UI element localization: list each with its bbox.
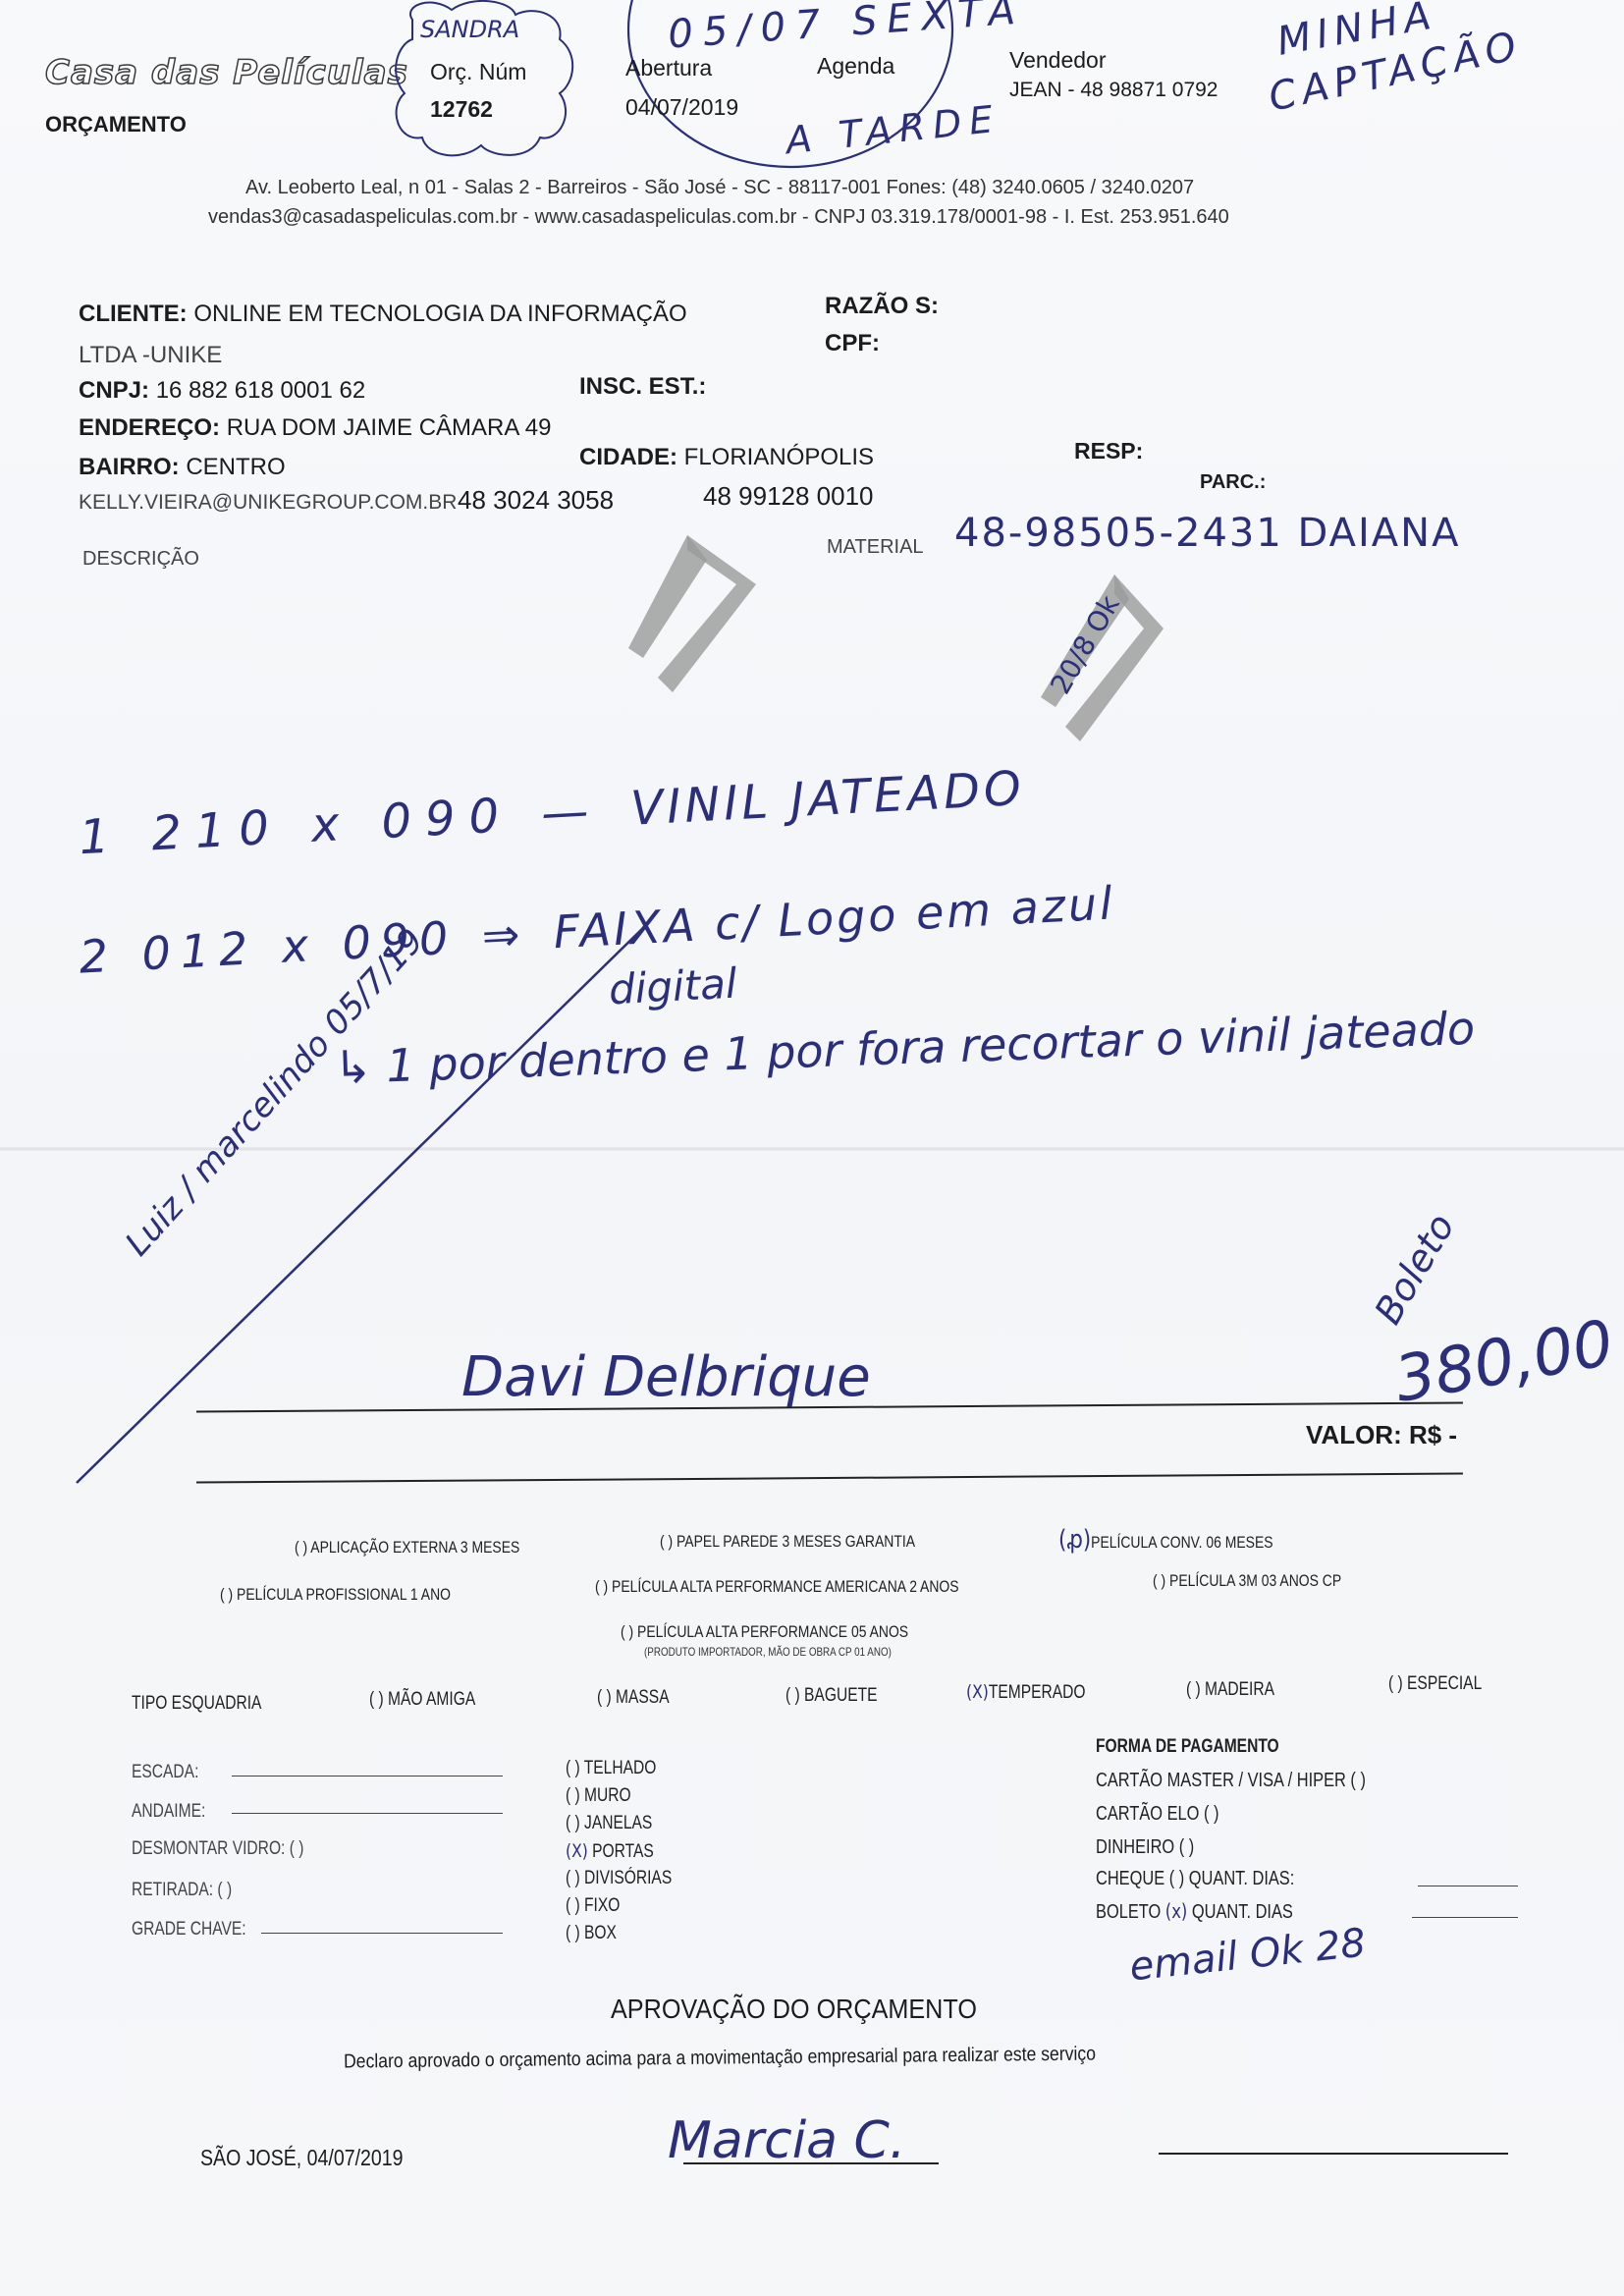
andaime-input-line[interactable] xyxy=(232,1813,503,1814)
andaime-field: ANDAIME: xyxy=(132,1801,222,1823)
retirada-field[interactable]: RETIRADA: ( ) xyxy=(132,1880,254,1901)
escada-field: ESCADA: xyxy=(132,1762,213,1783)
valor-label: VALOR: R$ - xyxy=(1306,1420,1457,1450)
location-option-checked[interactable]: (X) PORTAS xyxy=(566,1840,674,1863)
grade-field: GRADE CHAVE: xyxy=(132,1919,271,1941)
service-option[interactable]: ( ) APLICAÇÃO EXTERNA 3 MESES xyxy=(295,1538,569,1558)
esquadria-label: TIPO ESQUADRIA xyxy=(132,1693,291,1715)
payment-option[interactable]: CARTÃO MASTER / VISA / HIPER ( ) xyxy=(1096,1770,1425,1792)
payment-option[interactable]: CHEQUE ( ) QUANT. DIAS: xyxy=(1096,1868,1338,1890)
service-option[interactable]: ( ) PELÍCULA ALTA PERFORMANCE 05 ANOS xyxy=(621,1622,971,1642)
esquadria-option[interactable]: ( ) ESPECIAL xyxy=(1388,1673,1502,1695)
location-option[interactable]: ( ) TELHADO xyxy=(566,1758,677,1779)
approval-title: APROVAÇÃO DO ORÇAMENTO xyxy=(611,1994,1017,2025)
service-option[interactable]: ( ) PELÍCULA PROFISSIONAL 1 ANO xyxy=(220,1585,502,1605)
payment-title: FORMA DE PAGAMENTO xyxy=(1096,1736,1320,1758)
esquadria-option-checked[interactable]: (X)TEMPERADO xyxy=(966,1681,1111,1704)
esquadria-option[interactable]: ( ) BAGUETE xyxy=(785,1685,897,1707)
payment-option[interactable]: DINHEIRO ( ) xyxy=(1096,1836,1216,1859)
place-date: SÃO JOSÉ, 04/07/2019 xyxy=(200,2145,439,2171)
escada-input-line[interactable] xyxy=(232,1776,503,1777)
cheque-dias-line[interactable] xyxy=(1418,1886,1518,1886)
location-option[interactable]: ( ) JANELAS xyxy=(566,1813,672,1834)
location-option[interactable]: ( ) DIVISÓRIAS xyxy=(566,1868,695,1889)
grade-input-line[interactable] xyxy=(261,1933,503,1934)
service-option[interactable]: ( ) PAPEL PAREDE 3 MESES GARANTIA xyxy=(660,1532,971,1552)
boleto-dias-line[interactable] xyxy=(1412,1917,1518,1918)
location-option[interactable]: ( ) MURO xyxy=(566,1785,645,1807)
service-option[interactable]: ( ) PELÍCULA 3M 03 ANOS CP xyxy=(1153,1571,1382,1591)
location-option[interactable]: ( ) BOX xyxy=(566,1923,627,1944)
desmontar-field[interactable]: DESMONTAR VIDRO: ( ) xyxy=(132,1838,342,1860)
payment-option-checked[interactable]: BOLETO (x) QUANT. DIAS xyxy=(1096,1899,1336,1924)
payment-option[interactable]: CARTÃO ELO ( ) xyxy=(1096,1803,1246,1826)
client-signature: Davi Delbrique xyxy=(461,1345,871,1409)
location-option[interactable]: ( ) FIXO xyxy=(566,1895,632,1917)
service-option-checked[interactable]: (ꝓ)PELÍCULA CONV. 06 MESES xyxy=(1058,1525,1321,1555)
service-option-subtext: (PRODUTO IMPORTADOR, MÃO DE OBRA CP 01 A… xyxy=(644,1645,946,1659)
esquadria-option[interactable]: ( ) MADEIRA xyxy=(1186,1679,1294,1701)
witness-signature-line[interactable] xyxy=(1159,2153,1508,2155)
approval-signature: Marcia C. xyxy=(668,2111,905,2170)
approval-signature-line xyxy=(683,2162,939,2164)
esquadria-option[interactable]: ( ) MASSA xyxy=(597,1687,685,1709)
esquadria-option[interactable]: ( ) MÃO AMIGA xyxy=(369,1689,499,1711)
service-option[interactable]: ( ) PELÍCULA ALTA PERFORMANCE AMERICANA … xyxy=(595,1577,1039,1597)
